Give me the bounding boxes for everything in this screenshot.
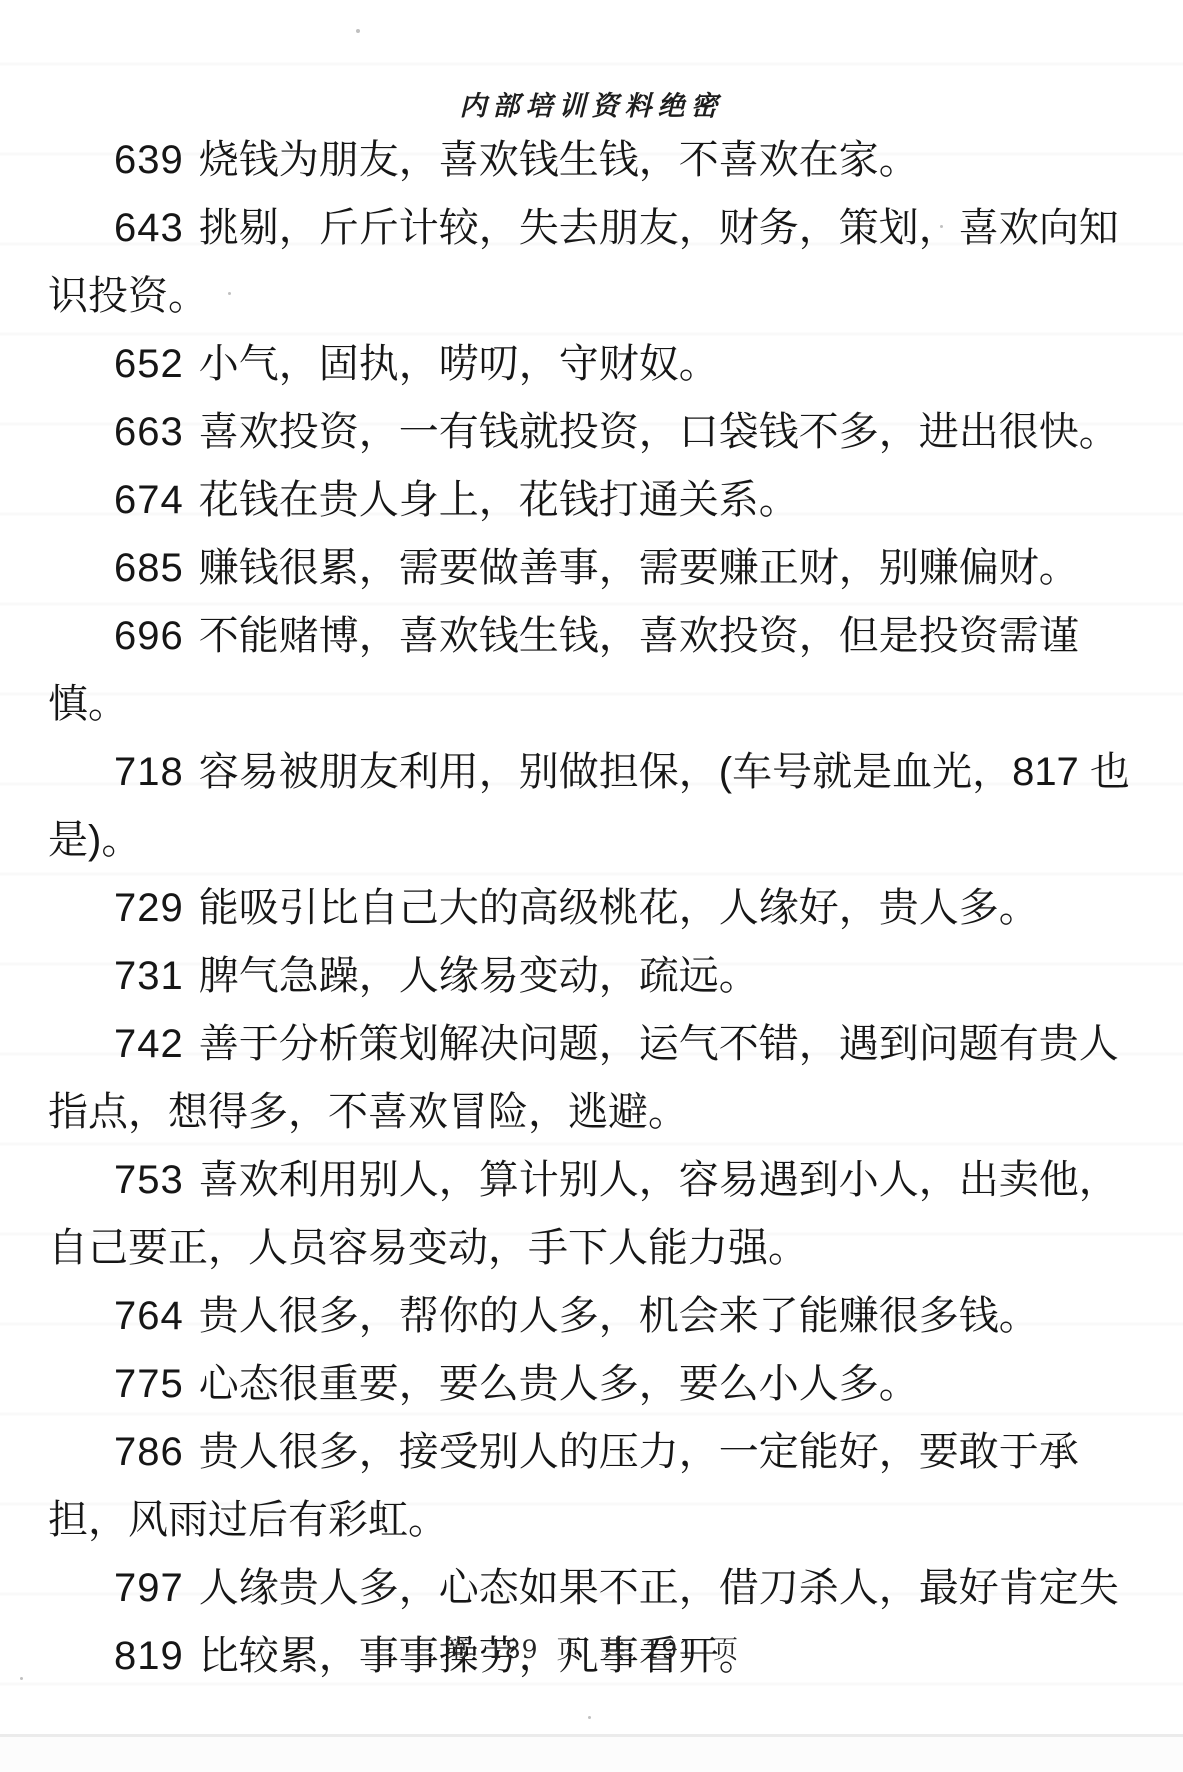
entry-text: 小气，固执，唠叨，守财奴。: [199, 342, 719, 386]
entry-text: 挑剔，斤斤计较，失去朋友，财务，策划，喜欢向知识投资。: [48, 206, 1119, 318]
entry-number: 685: [114, 546, 184, 590]
entry-729: 729能吸引比自己大的高级桃花，人缘好，贵人多。: [48, 874, 1146, 942]
entry-number: 718: [114, 750, 184, 794]
entry-775: 775心态很重要，要么贵人多，要么小人多。: [48, 1350, 1146, 1418]
scan-background-strip: [0, 1737, 1183, 1772]
entry-number: 764: [114, 1294, 184, 1338]
entry-text: 喜欢投资，一有钱就投资，口袋钱不多，进出很快。: [199, 410, 1119, 454]
entry-731: 731脾气急躁，人缘易变动，疏远。: [48, 942, 1146, 1010]
entry-text: 人缘贵人多，心态如果不正，借刀杀人，最好肯定失: [199, 1566, 1119, 1610]
page-number-footer: 第 189 页 共 191 页: [0, 1630, 1183, 1666]
scanned-document-page: 内部培训资料绝密 639烧钱为朋友，喜欢钱生钱，不喜欢在家。643挑剔，斤斤计较…: [0, 0, 1183, 1772]
entry-number: 663: [114, 410, 184, 454]
entry-753: 753喜欢利用别人，算计别人，容易遇到小人，出卖他，自己要正，人员容易变动，手下…: [48, 1146, 1146, 1282]
entry-number: 797: [114, 1566, 184, 1610]
entry-number: 742: [114, 1022, 184, 1066]
document-header-classification: 内部培训资料绝密: [0, 84, 1183, 123]
entry-number: 643: [114, 206, 184, 250]
entry-652: 652小气，固执，唠叨，守财奴。: [48, 330, 1146, 398]
entry-663: 663喜欢投资，一有钱就投资，口袋钱不多，进出很快。: [48, 398, 1146, 466]
entry-text: 贵人很多，帮你的人多，机会来了能赚很多钱。: [199, 1294, 1039, 1338]
entry-text: 不能赌博，喜欢钱生钱，喜欢投资，但是投资需谨慎。: [48, 614, 1079, 726]
entry-797: 797人缘贵人多，心态如果不正，借刀杀人，最好肯定失: [48, 1554, 1146, 1622]
entry-696: 696不能赌博，喜欢钱生钱，喜欢投资，但是投资需谨慎。: [48, 602, 1146, 738]
entry-number: 731: [114, 954, 184, 998]
scan-speck: [588, 1716, 591, 1719]
entry-number: 753: [114, 1158, 184, 1202]
entry-685: 685赚钱很累，需要做善事，需要赚正财，别赚偏财。: [48, 534, 1146, 602]
scan-speck: [356, 29, 360, 33]
entry-number: 786: [114, 1430, 184, 1474]
entry-643: 643挑剔，斤斤计较，失去朋友，财务，策划，喜欢向知识投资。: [48, 194, 1146, 330]
entry-text: 心态很重要，要么贵人多，要么小人多。: [199, 1362, 919, 1406]
entry-639: 639烧钱为朋友，喜欢钱生钱，不喜欢在家。: [48, 126, 1146, 194]
document-body: 639烧钱为朋友，喜欢钱生钱，不喜欢在家。643挑剔，斤斤计较，失去朋友，财务，…: [48, 126, 1146, 1690]
entry-text: 花钱在贵人身上，花钱打通关系。: [199, 478, 799, 522]
entry-text: 能吸引比自己大的高级桃花，人缘好，贵人多。: [199, 886, 1039, 930]
entry-text: 赚钱很累，需要做善事，需要赚正财，别赚偏财。: [199, 546, 1079, 590]
entry-number: 696: [114, 614, 184, 658]
entry-number: 775: [114, 1362, 184, 1406]
entry-text: 容易被朋友利用，别做担保，(车号就是血光，817 也是)。: [48, 750, 1130, 862]
entry-text: 善于分析策划解决问题，运气不错，遇到问题有贵人指点，想得多，不喜欢冒险，逃避。: [48, 1022, 1119, 1134]
entry-718: 718容易被朋友利用，别做担保，(车号就是血光，817 也是)。: [48, 738, 1146, 874]
entry-number: 674: [114, 478, 184, 522]
entry-text: 脾气急躁，人缘易变动，疏远。: [199, 954, 759, 998]
entry-text: 烧钱为朋友，喜欢钱生钱，不喜欢在家。: [199, 138, 919, 182]
entry-number: 639: [114, 138, 184, 182]
entry-674: 674花钱在贵人身上，花钱打通关系。: [48, 466, 1146, 534]
entry-text: 贵人很多，接受别人的压力，一定能好，要敢于承担，风雨过后有彩虹。: [48, 1430, 1079, 1542]
entry-742: 742善于分析策划解决问题，运气不错，遇到问题有贵人指点，想得多，不喜欢冒险，逃…: [48, 1010, 1146, 1146]
entry-number: 729: [114, 886, 184, 930]
entry-764: 764贵人很多，帮你的人多，机会来了能赚很多钱。: [48, 1282, 1146, 1350]
scan-speck: [20, 1677, 23, 1680]
entry-text: 喜欢利用别人，算计别人，容易遇到小人，出卖他，自己要正，人员容易变动，手下人能力…: [48, 1158, 1119, 1270]
entry-786: 786贵人很多，接受别人的压力，一定能好，要敢于承担，风雨过后有彩虹。: [48, 1418, 1146, 1554]
entry-number: 652: [114, 342, 184, 386]
